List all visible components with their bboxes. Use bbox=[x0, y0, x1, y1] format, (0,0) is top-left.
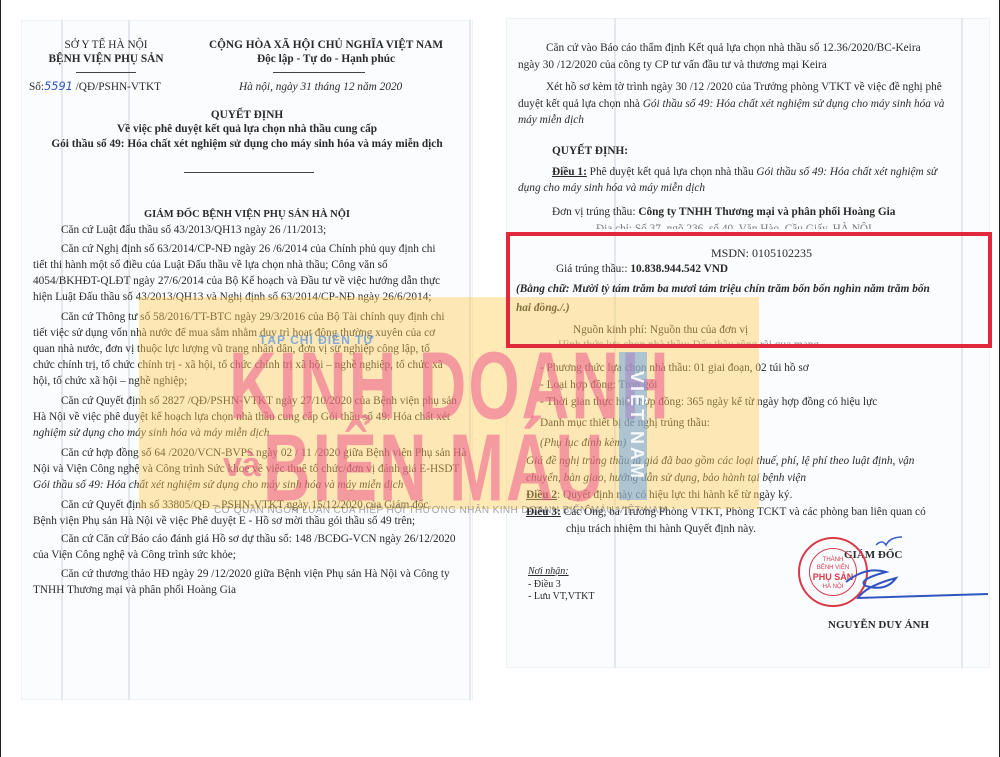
winner-name: Công ty TNHH Thương mại và phân phối Hoà… bbox=[638, 206, 895, 218]
national-title: CỘNG HÒA XÃ HỘI CHỦ NGHĨA VIỆT NAM bbox=[186, 38, 466, 52]
winning-bidder: Đơn vị trúng thầu: Công ty TNHH Thương m… bbox=[552, 205, 895, 219]
org-name-line2: BỆNH VIỆN PHỤ SẢN bbox=[31, 52, 181, 66]
legal-basis-line: 4054/BKHĐT-QLĐT ngày 27/6/2014 của Bộ Kế… bbox=[33, 274, 440, 288]
article-1: Điều 1: Phê duyệt kết quả lựa chọn nhà t… bbox=[552, 165, 937, 179]
place-date: Hà nội, ngày 31 tháng 12 năm 2020 bbox=[239, 80, 402, 94]
legal-basis-line: của Viện Công nghệ và Công trình sức khỏ… bbox=[33, 548, 236, 562]
basis-para-2-line3: máy miễn dịch bbox=[518, 113, 584, 127]
watermark-caption: CƠ QUAN NGÔN LUẬN CỦA HIỆP HỘI THƯƠNG NH… bbox=[214, 505, 668, 516]
legal-basis-line: TNHH Thương mại và phân phối Hoàng Gia bbox=[33, 583, 236, 597]
legal-basis-line: Căn cứ thương thảo HĐ ngày 29 /12/2020 g… bbox=[61, 567, 450, 581]
divider bbox=[184, 172, 314, 173]
recipient-item: - Lưu VT,VTKT bbox=[528, 590, 594, 604]
authority-heading: GIÁM ĐỐC BỆNH VIỆN PHỤ SẢN HÀ NỘI bbox=[21, 208, 473, 222]
highlight-box bbox=[506, 232, 992, 348]
document-number: Số:5591 /QĐ/PSHN-VTKT bbox=[29, 80, 161, 94]
signer-name: NGUYỄN DUY ÁNH bbox=[828, 618, 929, 632]
legal-basis-line: Căn cứ Nghị định số 63/2014/CP-NĐ ngày 2… bbox=[61, 242, 436, 256]
org-name-line1: SỞ Y TẾ HÀ NỘI bbox=[31, 38, 181, 52]
handwritten-number: 5591 bbox=[44, 80, 73, 93]
recipients-label: Nơi nhận: bbox=[528, 565, 569, 579]
basis-para-1-line1: Căn cứ vào Báo cáo thẩm định Kết quả lựa… bbox=[546, 41, 921, 55]
legal-basis-line: tiết thi hành một số điều của Luật Đấu t… bbox=[33, 258, 388, 272]
decision-title: QUYẾT ĐỊNH bbox=[21, 108, 473, 122]
decision-subtitle: Về việc phê duyệt kết quả lựa chọn nhà t… bbox=[21, 122, 473, 136]
watermark-vertical-text: VIỆT NAM bbox=[619, 352, 647, 500]
basis-para-1-line2: ngày 30 /12/2020 của công ty CP tư vấn đ… bbox=[518, 58, 827, 72]
package-name: Gói thầu số 49: Hóa chất xét nghiệm sử d… bbox=[21, 137, 473, 151]
legal-basis-line: Căn cứ Căn cứ Báo cáo đánh giá Hồ sơ dự … bbox=[61, 532, 456, 546]
basis-para-2-line1: Xét hồ sơ kèm tờ trình ngày 30 /12 /2020… bbox=[546, 80, 942, 94]
article-3-line2: chịu trách nhiệm thi hành Quyết định này… bbox=[566, 522, 756, 536]
watermark-and: và bbox=[223, 446, 261, 485]
divider bbox=[273, 72, 365, 73]
article-1-line2: dụng cho máy sinh hóa và máy miễn dịch bbox=[518, 181, 705, 195]
basis-para-2-line2: duyệt kết quả lựa chọn nhà Gói thầu số 4… bbox=[518, 97, 944, 111]
divider bbox=[76, 72, 136, 73]
national-motto: Độc lập - Tự do - Hạnh phúc bbox=[186, 52, 466, 66]
legal-basis-line: Căn cứ Luật đấu thầu số 43/2013/QH13 ngà… bbox=[61, 223, 326, 237]
signature-icon bbox=[816, 530, 996, 610]
decision-heading: QUYẾT ĐỊNH: bbox=[552, 144, 628, 158]
